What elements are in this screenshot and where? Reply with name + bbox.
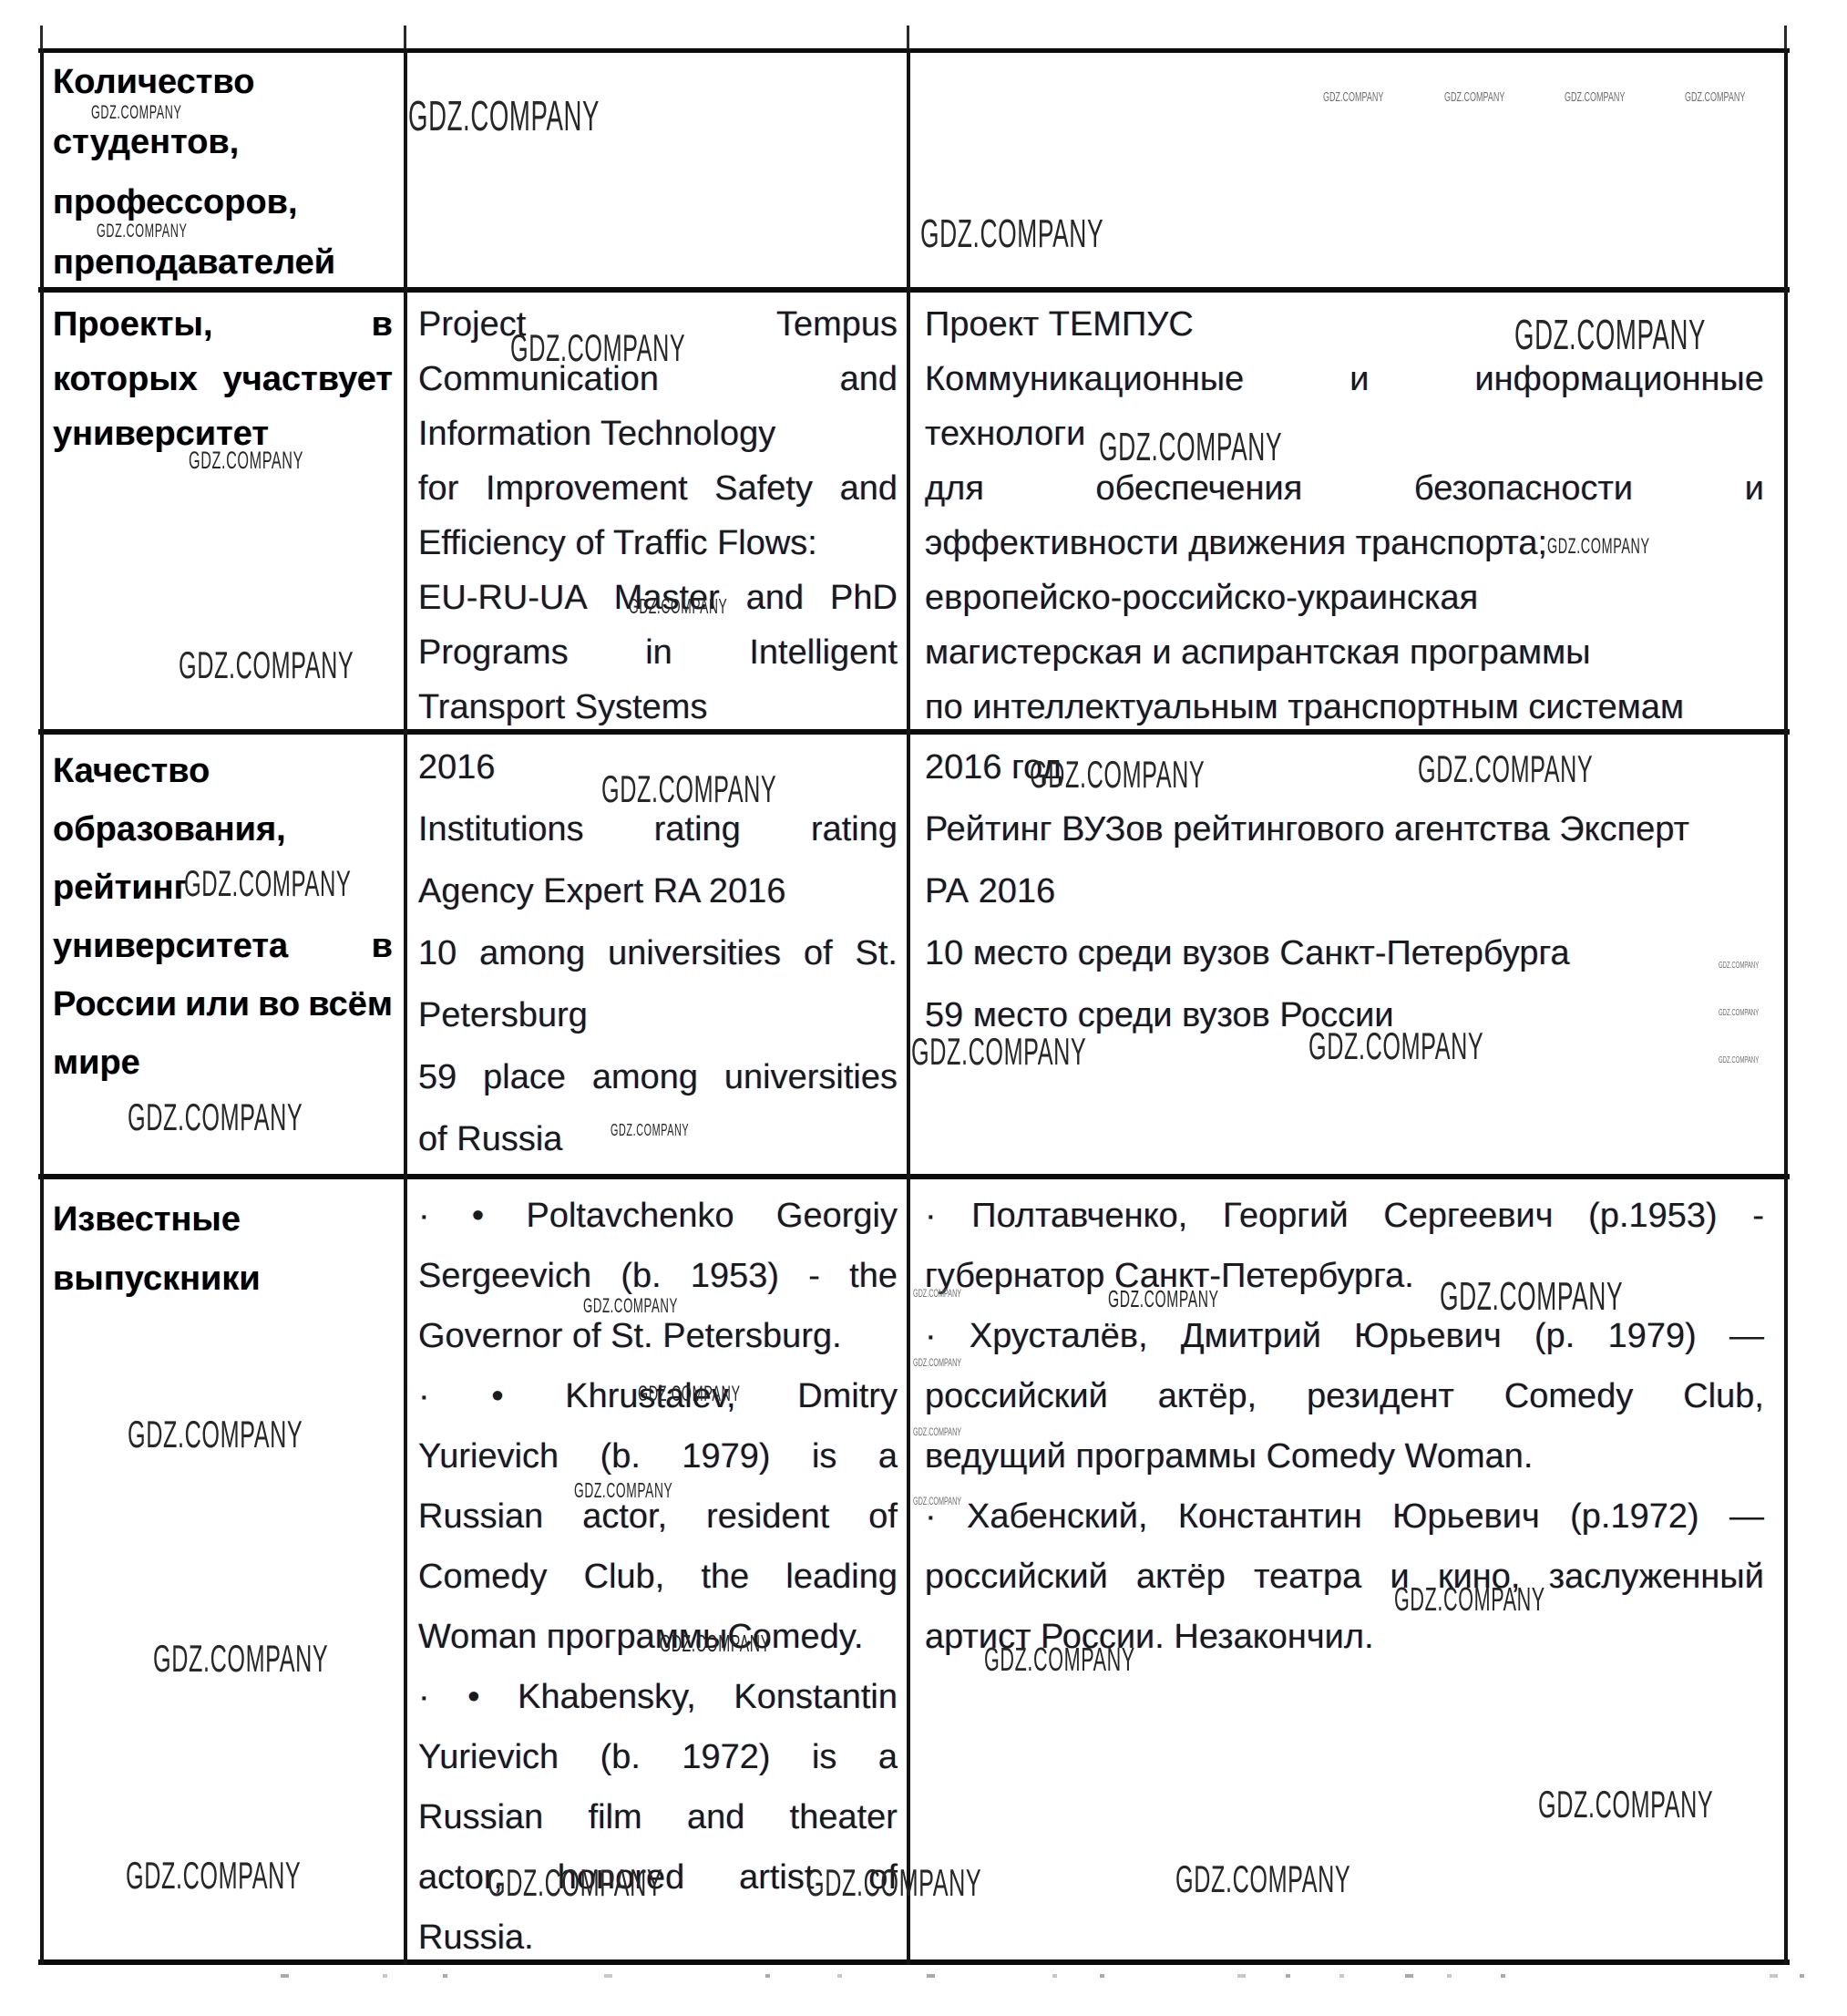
watermark-gdz-company: GDZ.COMPANY (126, 1854, 301, 1898)
word: EU-RU-UA (418, 578, 588, 618)
watermark-gdz-company: GDZ.COMPANY (806, 1861, 981, 1905)
word: Poltavchenko (527, 1196, 734, 1236)
word: universities (724, 1057, 898, 1097)
cell-r2c2-line-2: Рейтинг ВУЗов рейтингового агентства Экс… (925, 809, 1764, 849)
word: (b. (621, 1256, 661, 1296)
watermark-gdz-company: GDZ.COMPANY (1418, 747, 1593, 791)
watermark-gdz-company: GDZ.COMPANY (611, 1121, 689, 1140)
word: is (812, 1436, 836, 1476)
word: Intelligent (749, 633, 898, 673)
word: a (878, 1436, 898, 1476)
cell-r2c0-line-5: Россиииливовсём (53, 984, 393, 1024)
word: Comedy (1504, 1376, 1634, 1416)
watermark-gdz-company: GDZ.COMPANY (1175, 1857, 1350, 1901)
table-border-horizontal (38, 287, 1790, 293)
watermark-gdz-company: GDZ.COMPANY (1030, 753, 1205, 797)
cell-r2c2-line-3: РА 2016 (925, 871, 1764, 911)
word: artist (739, 1857, 814, 1898)
word: российский (925, 1557, 1108, 1597)
cell-r3c1-line-13: Russia. (418, 1918, 898, 1958)
scan-tick-mark (1052, 1974, 1057, 1978)
cell-r1c1-line-3: Information Technology (418, 414, 898, 454)
word: или (185, 984, 250, 1024)
word: of (868, 1497, 898, 1537)
word: университета (53, 926, 288, 966)
word: among (592, 1057, 698, 1097)
watermark-gdz-company: GDZ.COMPANY (913, 1495, 961, 1507)
word: - (808, 1256, 820, 1296)
cell-r2c1-line-5: Petersburg (418, 995, 898, 1035)
watermark-gdz-company: GDZ.COMPANY (1565, 89, 1625, 105)
watermark-gdz-company: GDZ.COMPANY (153, 1637, 328, 1681)
word: Konstantin (734, 1677, 898, 1717)
scan-tick-mark (1237, 1974, 1246, 1978)
word: Yurievich (418, 1436, 559, 1476)
word: film (589, 1797, 642, 1837)
cell-r1c2-line-2: Коммуникационныеиинформационные (925, 359, 1764, 399)
word: • (491, 1376, 503, 1416)
scan-tick-mark (281, 1974, 289, 1978)
word: Khabensky, (518, 1677, 696, 1717)
word: the (849, 1256, 898, 1296)
cell-r0c0-line-4: преподавателей (53, 242, 393, 283)
word: — (1729, 1497, 1764, 1537)
table-border-stub (40, 26, 43, 48)
scan-tick-mark (383, 1974, 387, 1978)
cell-r2c0-line-6: мире (53, 1043, 393, 1083)
word: and (840, 468, 898, 509)
scan-tick-mark (1100, 1974, 1104, 1978)
cell-r3c2-line-1: ·Полтавченко,ГеоргийСергеевич(р.1953)- (925, 1196, 1764, 1236)
watermark-gdz-company: GDZ.COMPANY (1308, 1024, 1483, 1068)
word: PhD (830, 578, 898, 618)
word: Institutions (418, 809, 584, 849)
word: Сергеевич (1383, 1196, 1553, 1236)
word: • (472, 1196, 484, 1236)
cell-r3c2-line-4: российскийактёр,резидентComedyClub, (925, 1376, 1764, 1416)
watermark-gdz-company: GDZ.COMPANY (1538, 1783, 1713, 1826)
scan-tick-mark (1770, 1974, 1778, 1978)
watermark-gdz-company: GDZ.COMPANY (638, 1382, 741, 1407)
word: заслуженный (1549, 1557, 1764, 1597)
cell-r2c0-line-1: Качество (53, 751, 393, 791)
word: · (418, 1376, 430, 1416)
word: резидент (1307, 1376, 1454, 1416)
cell-r1c1-line-8: Transport Systems (418, 687, 898, 727)
scan-tick-mark (443, 1974, 447, 1978)
word: a (878, 1737, 898, 1777)
word: России (53, 984, 177, 1024)
cell-r1c1-line-7: ProgramsinIntelligent (418, 633, 898, 673)
word: 1979) (1608, 1316, 1697, 1356)
word: and (746, 578, 804, 618)
word: the (701, 1557, 749, 1597)
cell-r3c1-line-10: Yurievich(b.1972)isa (418, 1737, 898, 1777)
word: Sergeevich (418, 1256, 591, 1296)
word: во (258, 984, 300, 1024)
word: Константин (1178, 1497, 1362, 1537)
scan-tick-mark (1339, 1974, 1344, 1978)
word: 1972) (682, 1737, 770, 1777)
word: Safety (714, 468, 813, 509)
watermark-gdz-company: GDZ.COMPANY (583, 1294, 678, 1318)
word: (b. (600, 1737, 641, 1777)
scanned-document-page: Количествостудентов,профессоров,преподав… (0, 0, 1847, 2016)
watermark-gdz-company: GDZ.COMPANY (1719, 1055, 1759, 1065)
word: · (925, 1316, 937, 1356)
word: theater (790, 1797, 898, 1837)
word: всём (308, 984, 393, 1024)
cell-r2c0-line-2: образования, (53, 809, 393, 849)
word: (р.1953) (1588, 1196, 1718, 1236)
cell-r1c2-line-4: дляобеспечениябезопасностии (925, 468, 1764, 509)
word: театра (1254, 1557, 1361, 1597)
table-border-stub (907, 26, 909, 48)
word: и (1349, 359, 1369, 399)
watermark-gdz-company: GDZ.COMPANY (1108, 1285, 1219, 1313)
word: Yurievich (418, 1737, 559, 1777)
watermark-gdz-company: GDZ.COMPANY (91, 102, 181, 124)
scan-tick-mark (765, 1974, 770, 1978)
cell-r3c1-line-1: ·•PoltavchenkoGeorgiy (418, 1196, 898, 1236)
cell-r3c1-line-2: Sergeevich(b.1953)-the (418, 1256, 898, 1296)
word: Георгий (1223, 1196, 1349, 1236)
table-border-horizontal (38, 48, 1790, 53)
cell-r2c1-line-4: 10amonguniversitiesofSt. (418, 933, 898, 973)
word: Коммуникационные (925, 359, 1244, 399)
watermark-gdz-company: GDZ.COMPANY (184, 864, 351, 905)
watermark-gdz-company: GDZ.COMPANY (1444, 89, 1504, 105)
cell-r1c2-line-3: технологи (925, 414, 1764, 454)
word: информационные (1474, 359, 1764, 399)
word: 1953) (691, 1256, 779, 1296)
watermark-gdz-company: GDZ.COMPANY (911, 1030, 1086, 1074)
word: (р.1972) (1570, 1497, 1699, 1537)
cell-r0c0-line-1: Количество (53, 62, 393, 102)
word: — (1729, 1316, 1764, 1356)
word: российский (925, 1376, 1108, 1416)
watermark-gdz-company: GDZ.COMPANY (660, 1630, 771, 1658)
cell-r1c0-line-2: которыхучаствует (53, 359, 393, 399)
word: Programs (418, 633, 569, 673)
watermark-gdz-company: GDZ.COMPANY (984, 1641, 1135, 1679)
table-border-horizontal (38, 729, 1790, 735)
word: · (418, 1196, 430, 1236)
table-border-horizontal (38, 1959, 1790, 1965)
word: and (687, 1797, 744, 1837)
word: обеспечения (1096, 468, 1303, 509)
cell-r2c2-line-4: 10 место среди вузов Санкт-Петербурга (925, 933, 1764, 973)
table-border-vertical (40, 48, 44, 1965)
cell-r3c2-line-2: губернатор Санкт-Петербурга. (925, 1256, 1764, 1296)
scan-tick-mark (927, 1974, 935, 1978)
watermark-gdz-company: GDZ.COMPANY (1547, 534, 1650, 560)
table-border-vertical (404, 48, 407, 1965)
word: (р. (1534, 1316, 1575, 1356)
watermark-gdz-company: GDZ.COMPANY (128, 1095, 303, 1139)
cell-r1c0-line-1: Проекты,в (53, 304, 393, 345)
watermark-gdz-company: GDZ.COMPANY (1323, 89, 1383, 105)
word: universities (608, 933, 781, 973)
cell-r3c2-line-3: ·Хрусталёв,ДмитрийЮрьевич(р.1979)— (925, 1316, 1764, 1356)
word: участвует (223, 359, 393, 399)
scan-tick-mark (1447, 1974, 1452, 1978)
cell-r3c2-line-7: российскийактёртеатраикино,заслуженный (925, 1557, 1764, 1597)
watermark-gdz-company: GDZ.COMPANY (1719, 1008, 1759, 1018)
watermark-gdz-company: GDZ.COMPANY (189, 447, 303, 475)
word: rating (811, 809, 898, 849)
cell-r3c1-line-11: Russianfilmandtheater (418, 1797, 898, 1837)
cell-r3c2-line-6: ·Хабенский,КонстантинЮрьевич(р.1972)— (925, 1497, 1764, 1537)
watermark-gdz-company: GDZ.COMPANY (1394, 1580, 1545, 1619)
word: Дмитрий (1181, 1316, 1321, 1356)
word: · (925, 1196, 937, 1236)
word: актёр (1136, 1557, 1226, 1597)
scan-tick-mark (837, 1974, 842, 1978)
cell-r2c0-line-4: университетав (53, 926, 393, 966)
cell-r1c1-line-4: forImprovementSafetyand (418, 468, 898, 509)
cell-r2c1-line-2: Institutionsratingrating (418, 809, 898, 849)
cell-r1c1-line-5: Efficiency of Traffic Flows: (418, 523, 898, 563)
word: place (483, 1057, 566, 1097)
watermark-gdz-company: GDZ.COMPANY (913, 1425, 961, 1438)
watermark-gdz-company: GDZ.COMPANY (920, 211, 1103, 257)
watermark-gdz-company: GDZ.COMPANY (913, 1356, 961, 1369)
word: в (372, 304, 393, 345)
word: · (418, 1677, 430, 1717)
watermark-gdz-company: GDZ.COMPANY (913, 1287, 961, 1300)
cell-r3c2-line-5: ведущий программы Comedy Woman. (925, 1436, 1764, 1476)
cell-r1c2-line-8: по интеллектуальным транспортным система… (925, 687, 1764, 727)
cell-r2c1-line-3: Agency Expert RA 2016 (418, 871, 898, 911)
watermark-gdz-company: GDZ.COMPANY (574, 1478, 672, 1503)
cell-r0c0-line-3: профессоров, (53, 182, 393, 222)
scan-tick-mark (1501, 1974, 1505, 1978)
watermark-gdz-company: GDZ.COMPANY (1440, 1274, 1623, 1320)
word: for (418, 468, 458, 509)
cell-r3c1-line-3: Governor of St. Petersburg. (418, 1316, 898, 1356)
table-border-vertical (907, 48, 910, 1965)
cell-r3c1-line-7: ComedyClub,theleading (418, 1557, 898, 1597)
watermark-gdz-company: GDZ.COMPANY (408, 91, 600, 140)
word: Полтавченко, (971, 1196, 1187, 1236)
watermark-gdz-company: GDZ.COMPANY (1099, 425, 1282, 470)
watermark-gdz-company: GDZ.COMPANY (1719, 961, 1759, 971)
cell-r3c1-line-8: Woman программыComedy. (418, 1617, 898, 1657)
scan-tick-mark (1286, 1974, 1290, 1978)
cell-r3c0-line-2: выпускники (53, 1259, 393, 1299)
watermark-gdz-company: GDZ.COMPANY (487, 1861, 662, 1905)
word: among (479, 933, 585, 973)
cell-r3c0-line-1: Известные (53, 1199, 393, 1239)
cell-r3c1-line-5: Yurievich(b.1979)isa (418, 1436, 898, 1476)
watermark-gdz-company: GDZ.COMPANY (128, 1413, 303, 1456)
cell-r1c2-line-6: европейско-российско-украинская (925, 578, 1764, 618)
word: 59 (418, 1057, 457, 1097)
watermark-gdz-company: GDZ.COMPANY (510, 326, 685, 370)
word: Проекты, (53, 304, 213, 345)
word: в (372, 926, 393, 966)
cell-r1c2-line-7: магистерская и аспирантская программы (925, 633, 1764, 673)
watermark-gdz-company: GDZ.COMPANY (97, 221, 187, 242)
word: in (645, 633, 672, 673)
word: rating (654, 809, 741, 849)
word: для (925, 468, 984, 509)
word: and (840, 359, 898, 399)
word: Improvement (486, 468, 688, 509)
watermark-gdz-company: GDZ.COMPANY (179, 643, 354, 687)
word: Club, (584, 1557, 665, 1597)
word: Юрьевич (1354, 1316, 1502, 1356)
word: - (1752, 1196, 1764, 1236)
word: безопасности (1414, 468, 1633, 509)
cell-r3c1-line-9: ·•Khabensky,Konstantin (418, 1677, 898, 1717)
word: • (467, 1677, 479, 1717)
word: Russian (418, 1797, 543, 1837)
word: 1979) (682, 1436, 770, 1476)
watermark-gdz-company: GDZ.COMPANY (629, 594, 727, 619)
word: которых (53, 359, 198, 399)
word: и (1745, 468, 1764, 509)
word: is (812, 1737, 836, 1777)
cell-r0c0-line-2: студентов, (53, 122, 393, 162)
cell-r2c1-line-6: 59placeamonguniversities (418, 1057, 898, 1097)
table-border-vertical (1784, 48, 1788, 1965)
word: Dmitry (797, 1376, 898, 1416)
scan-tick-mark (1405, 1974, 1413, 1978)
word: Club, (1683, 1376, 1764, 1416)
word: of (804, 933, 833, 973)
word: Хабенский, (967, 1497, 1148, 1537)
word: Georgiy (776, 1196, 898, 1236)
watermark-gdz-company: GDZ.COMPANY (601, 767, 776, 811)
word: Хрусталёв, (970, 1316, 1148, 1356)
scan-tick-mark (604, 1974, 612, 1978)
scan-tick-mark (1800, 1974, 1804, 1978)
table-border-horizontal (38, 1174, 1790, 1179)
word: (b. (600, 1436, 641, 1476)
watermark-gdz-company: GDZ.COMPANY (1514, 310, 1706, 359)
table-border-stub (404, 26, 406, 48)
word: Юрьевич (1392, 1497, 1540, 1537)
word: Comedy (418, 1557, 548, 1597)
watermark-gdz-company: GDZ.COMPANY (1685, 89, 1745, 105)
word: St. (856, 933, 898, 973)
word: leading (785, 1557, 898, 1597)
word: resident (706, 1497, 829, 1537)
word: Russian (418, 1497, 543, 1537)
table-border-stub (1784, 26, 1787, 48)
word: Tempus (776, 304, 898, 345)
word: 10 (418, 933, 457, 973)
word: актёр, (1158, 1376, 1257, 1416)
